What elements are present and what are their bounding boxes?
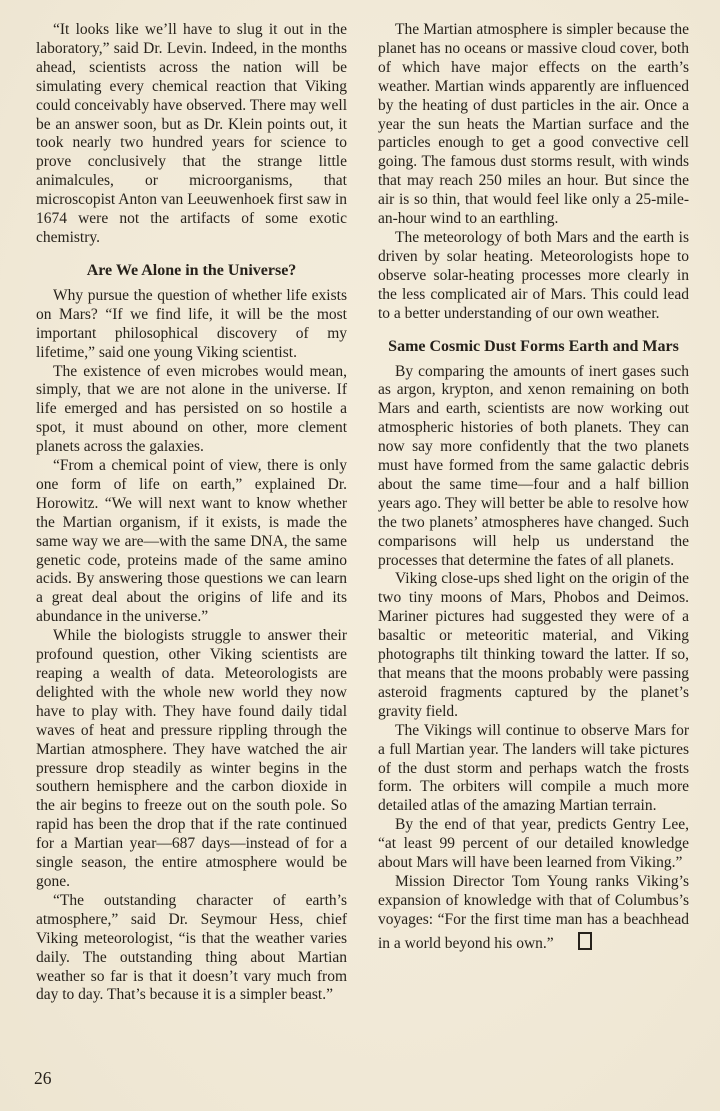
paragraph-inert-gases: By comparing the amounts of inert gases … (378, 363, 689, 571)
paragraph-why-pursue: Why pursue the question of whether life … (36, 287, 347, 363)
paragraph-solar-heating: The meteorology of both Mars and the ear… (378, 229, 689, 324)
paragraph-gentry-lee-quote: By the end of that year, predicts Gentry… (378, 816, 689, 873)
right-column: The Martian atmosphere is simpler becaus… (378, 21, 689, 1005)
paragraph-vikings-continue: The Vikings will continue to observe Mar… (378, 722, 689, 817)
magazine-page: “It looks like we’ll have to slug it out… (0, 0, 720, 1111)
section-heading-cosmic-dust: Same Cosmic Dust Forms Earth and Mars (378, 337, 689, 356)
paragraph-martian-atmosphere: The Martian atmosphere is simpler becaus… (378, 21, 689, 229)
paragraph-existence-of-microbes: The existence of even microbes would mea… (36, 363, 347, 458)
section-heading-are-we-alone: Are We Alone in the Universe? (36, 261, 347, 280)
two-column-article: “It looks like we’ll have to slug it out… (36, 21, 690, 1005)
page-number: 26 (34, 1068, 52, 1088)
paragraph-meteorologists-data: While the biologists struggle to answer … (36, 627, 347, 892)
paragraph-moons-origin: Viking close-ups shed light on the origi… (378, 570, 689, 721)
paragraph-tom-young-quote: Mission Director Tom Young ranks Viking’… (378, 873, 689, 954)
end-of-article-icon (578, 932, 592, 950)
left-column: “It looks like we’ll have to slug it out… (36, 21, 347, 1005)
paragraph-text: Mission Director Tom Young ranks Viking’… (378, 873, 689, 952)
paragraph-hess-quote: “The outstanding character of earth’s at… (36, 892, 347, 1005)
paragraph-horowitz-quote: “From a chemical point of view, there is… (36, 457, 347, 627)
paragraph-levin-quote: “It looks like we’ll have to slug it out… (36, 21, 347, 248)
